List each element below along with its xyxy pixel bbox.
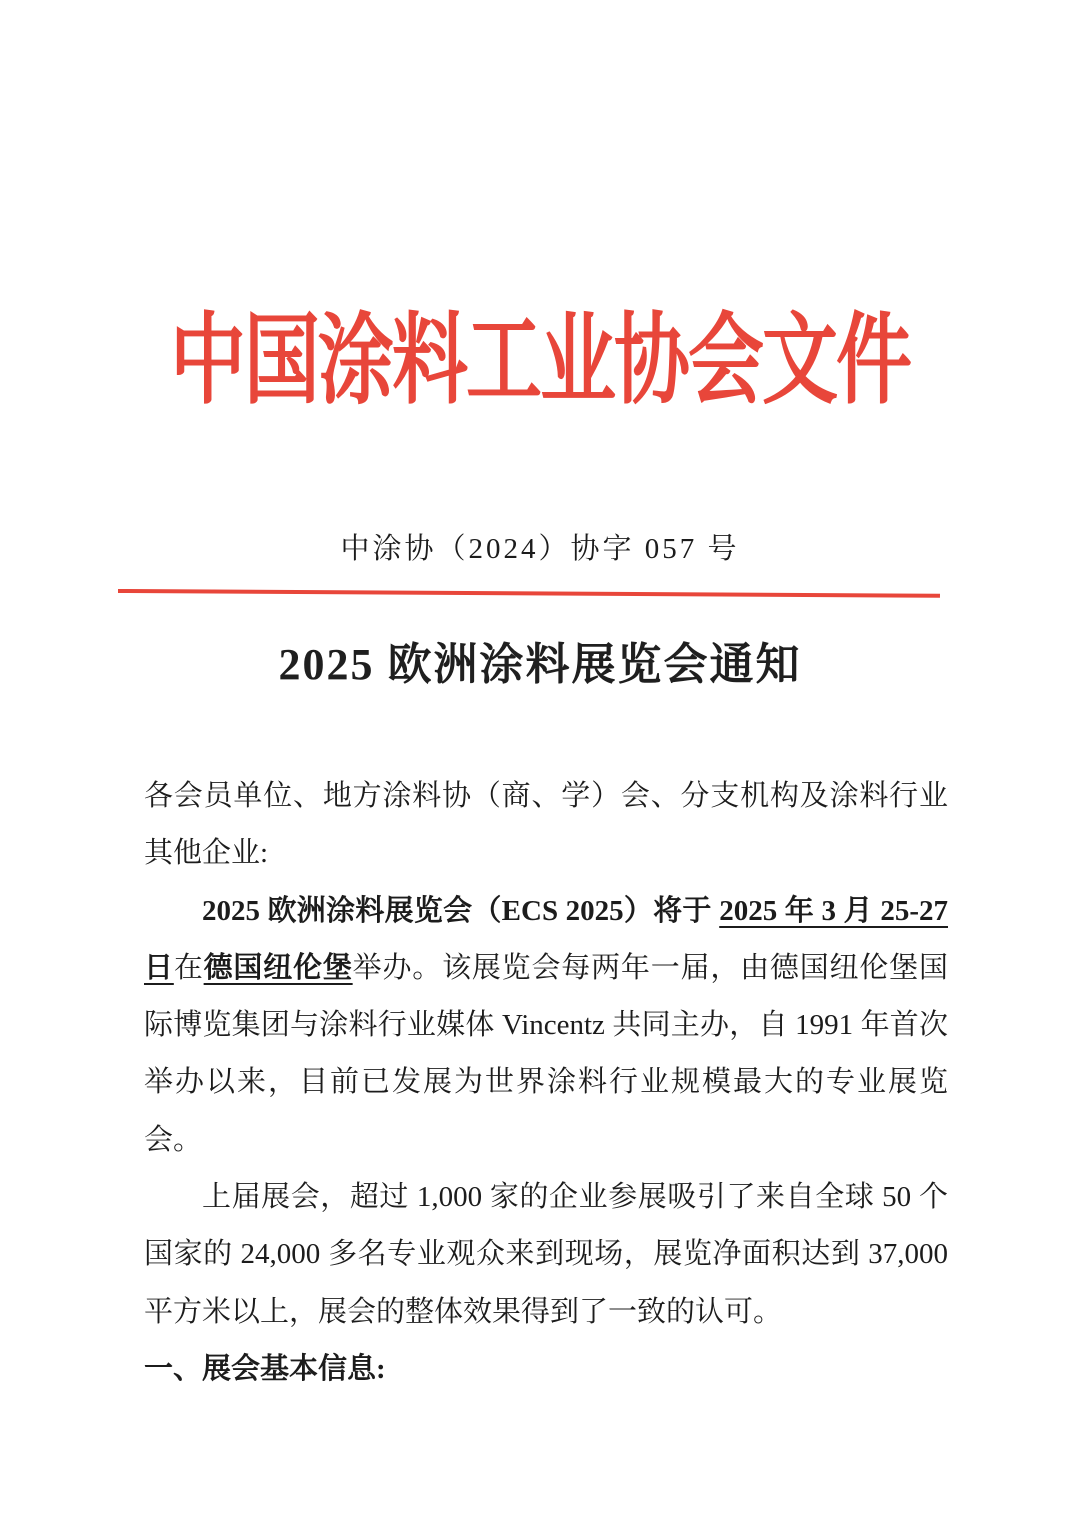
document-body: 各会员单位、地方涂料协（商、学）会、分支机构及涂料行业其他企业:2025 欧洲涂…: [144, 768, 948, 1398]
text-run: 一、展会基本信息:: [144, 1353, 386, 1385]
text-run: 上届展会，超过 1,000 家的企业参展吸引了来自全球 50 个国家的 24,0…: [144, 1181, 948, 1328]
paragraph: 2025 欧洲涂料展览会（ECS 2025）将于 2025 年 3 月 25-2…: [144, 883, 948, 1169]
red-divider-line: [118, 589, 940, 598]
letterhead-title: 中国涂料工业协会文件: [0, 312, 1080, 411]
text-run: 德国纽伦堡: [204, 952, 353, 984]
paragraph: 上届展会，超过 1,000 家的企业参展吸引了来自全球 50 个国家的 24,0…: [144, 1169, 948, 1341]
document-title: 2025 欧洲涂料展览会通知: [0, 628, 1080, 692]
document-page: 中国涂料工业协会文件 中涂协（2024）协字 057 号 2025 欧洲涂料展览…: [0, 0, 1080, 1527]
paragraph: 各会员单位、地方涂料协（商、学）会、分支机构及涂料行业其他企业:: [144, 768, 948, 883]
document-number: 中涂协（2024）协字 057 号: [0, 526, 1080, 567]
text-run: 2025 欧洲涂料展览会（ECS 2025）将于: [202, 895, 719, 927]
paragraph: 一、展会基本信息:: [144, 1341, 948, 1398]
text-run: 各会员单位、地方涂料协（商、学）会、分支机构及涂料行业其他企业:: [144, 780, 948, 869]
text-run: 在: [174, 952, 204, 984]
